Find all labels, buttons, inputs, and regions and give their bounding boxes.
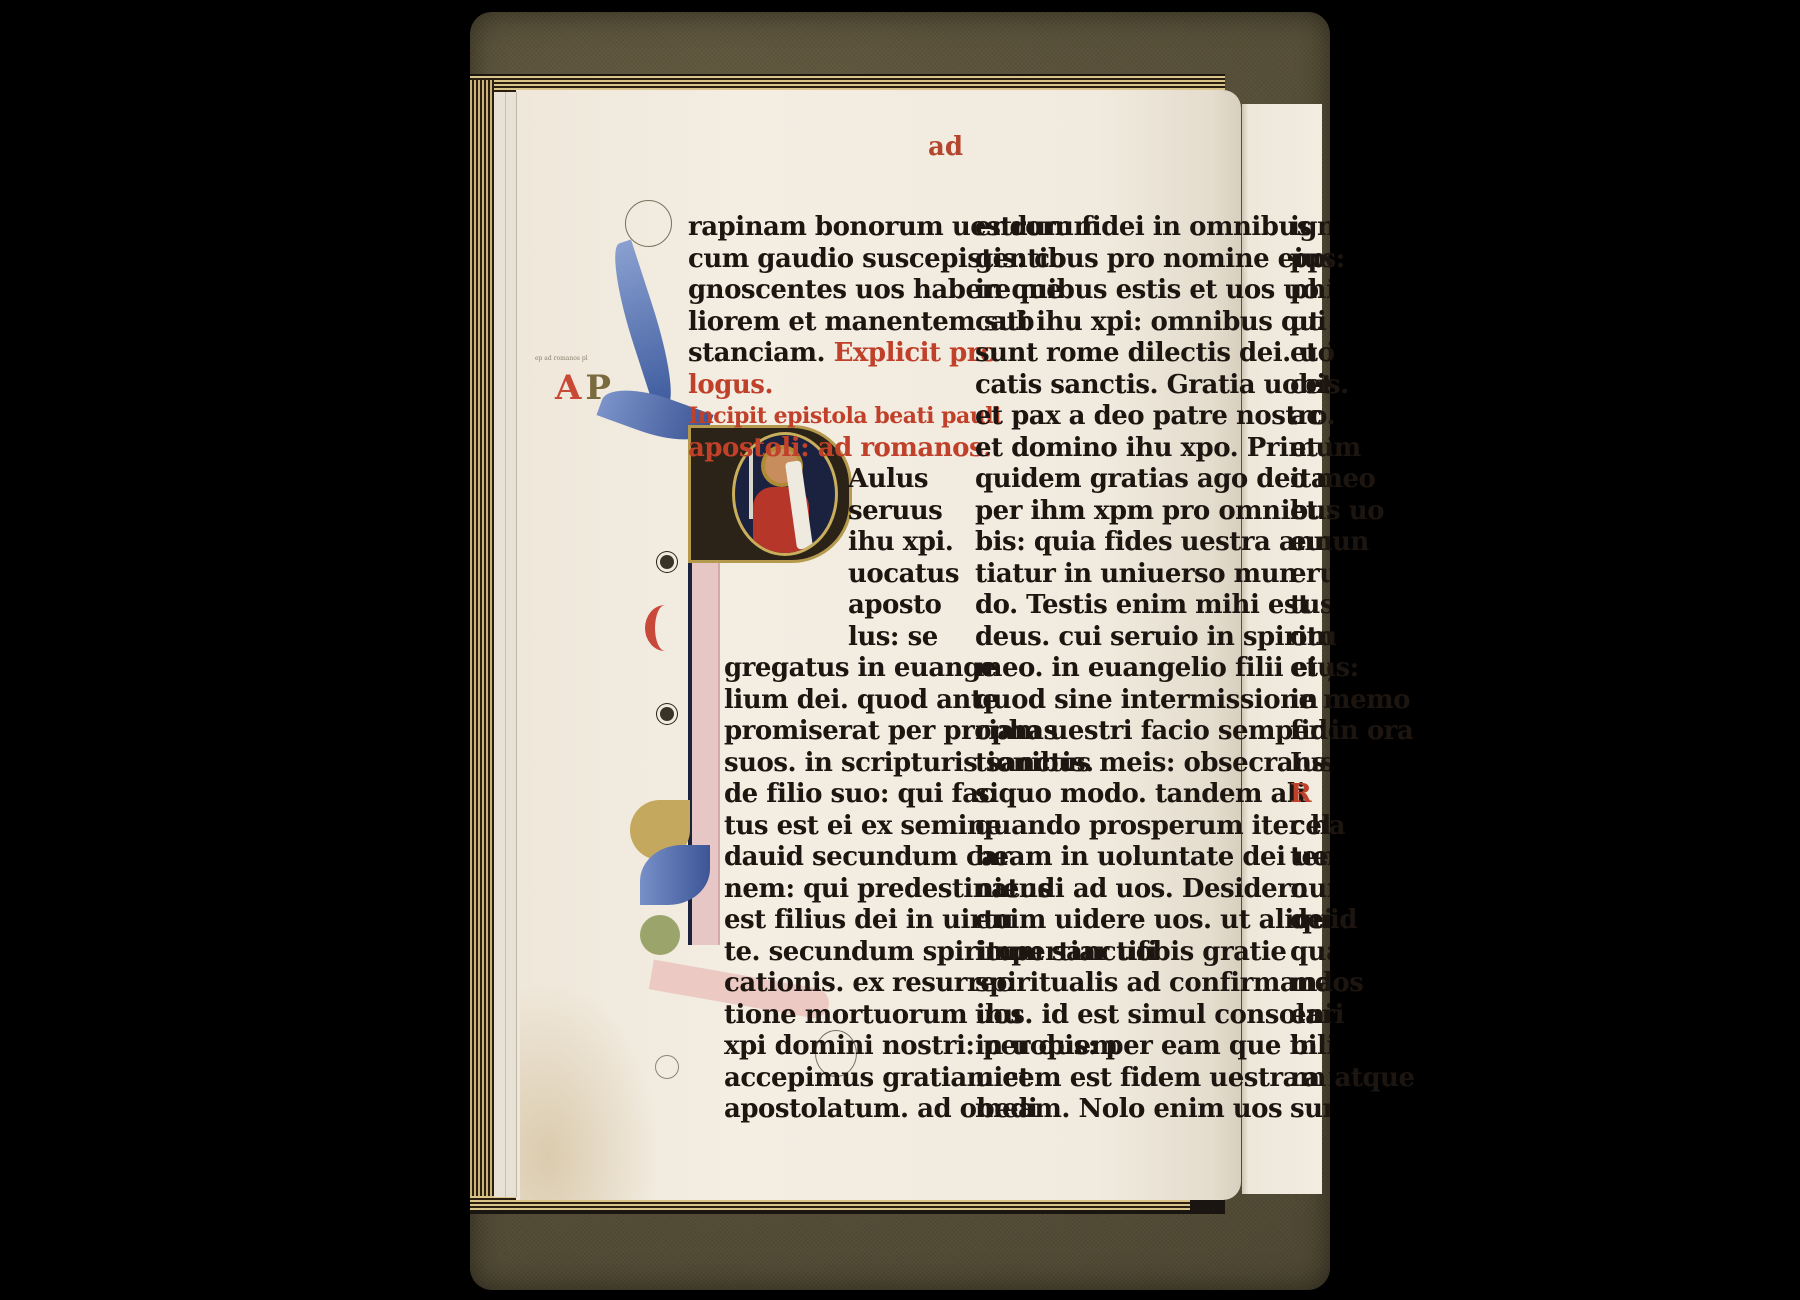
- text-line: igni: [1290, 212, 1330, 244]
- text-line: man: [1290, 968, 1330, 1000]
- water-stain: [520, 980, 660, 1200]
- text-line: fidei: [1290, 716, 1330, 748]
- text-line: ita: [1290, 464, 1330, 496]
- text-line: quando prosperum iter ha: [975, 811, 1414, 843]
- text-line: ra m: [1290, 1063, 1330, 1095]
- flyleaf-edge: [505, 92, 516, 1197]
- text-line: dei i: [1290, 905, 1330, 937]
- gold-bezant-icon: [660, 707, 674, 721]
- text-line: do. Testis enim mihi est: [975, 590, 1414, 622]
- text-line: impertiar uobis gratie: [975, 937, 1414, 969]
- text-line: bilia: [1290, 1031, 1330, 1063]
- text-line: et i: [1290, 433, 1330, 465]
- text-line: erub: [1290, 559, 1330, 591]
- text-line: et pax a deo patre nostro.: [975, 401, 1414, 433]
- text-line: Iust: [1290, 748, 1330, 780]
- text-line: sunt i: [1290, 1094, 1330, 1126]
- text-line: siquo modo. tandem ali: [975, 779, 1414, 811]
- text-column-c-partial: igni ppo phi ut a et i cete ac b et i it…: [1290, 212, 1330, 1126]
- text-line: phi: [1290, 275, 1330, 307]
- running-head: ad: [928, 132, 963, 162]
- text-line: uicem est fidem uestram atque: [975, 1063, 1414, 1095]
- text-line: tus: [1290, 590, 1330, 622]
- text-line: ppo: [1290, 244, 1330, 276]
- text-line: gentibus pro nomine eius:: [975, 244, 1414, 276]
- rubric-explicit: Explicit pro: [834, 338, 997, 368]
- text-line: tem.: [1290, 842, 1330, 874]
- text-line: num: [1290, 874, 1330, 906]
- crescent-ornament-icon: [645, 605, 685, 651]
- text-line: enim uidere uos. ut aliquid: [975, 905, 1414, 937]
- text-line: in uobis: per eam que in: [975, 1031, 1414, 1063]
- text-line: tionibus meis: obsecrans: [975, 748, 1414, 780]
- text-line: beam in uoluntate dei ue: [975, 842, 1414, 874]
- decorated-initial-r: R: [1290, 779, 1330, 811]
- text-line: in quibus estis et uos uo: [975, 275, 1414, 307]
- text-line: eua: [1290, 527, 1330, 559]
- gold-bezant-icon: [660, 555, 674, 569]
- text-line: uos. id est simul consolari: [975, 1000, 1414, 1032]
- text-line: qua: [1290, 937, 1330, 969]
- text-line: niendi ad uos. Desidero: [975, 874, 1414, 906]
- text-line: sunt rome dilectis dei. uo: [975, 338, 1414, 370]
- text-line: et g: [1290, 653, 1330, 685]
- text-line: bis: quia fides uestra annun: [975, 527, 1414, 559]
- text-line: ac b: [1290, 401, 1330, 433]
- text-line: endum fidei in omnibus: [975, 212, 1414, 244]
- margin-note: ep ad romanos pl: [535, 355, 588, 362]
- gilt-edge-left: [470, 80, 494, 1205]
- text-line: deus. cui seruio in spiritu: [975, 622, 1414, 654]
- text-line: catis sanctis. Gratia uobis.: [975, 370, 1414, 402]
- text-column-b: endum fidei in omnibus gentibus pro nomi…: [975, 212, 1414, 1126]
- text-line: spiritualis ad confirmandos: [975, 968, 1414, 1000]
- text-line: celo: [1290, 811, 1330, 843]
- text-line: ut a: [1290, 307, 1330, 339]
- text-line: cati ihu xpi: omnibus qui: [975, 307, 1414, 339]
- text-line: quidem gratias ago deo meo: [975, 464, 1414, 496]
- text-line: riam uestri facio semper in ora: [975, 716, 1414, 748]
- text-line: meam. Nolo enim uos: [975, 1094, 1414, 1126]
- text-line: per ihm xpm pro omnibus uo: [975, 496, 1414, 528]
- text-line: et i: [1290, 338, 1330, 370]
- green-boss-icon: [640, 915, 680, 955]
- text-line: quod sine intermissione memo: [975, 685, 1414, 717]
- text-line: meo. in euangelio filii eius:: [975, 653, 1414, 685]
- text-line: et u: [1290, 496, 1330, 528]
- text-line: omi: [1290, 622, 1330, 654]
- text-line: tiatur in uniuerso mun: [975, 559, 1414, 591]
- text-line: et domino ihu xpo. Primum: [975, 433, 1414, 465]
- margin-letter-a: A: [555, 368, 581, 408]
- text-line: cete: [1290, 370, 1330, 402]
- text-line: in e: [1290, 685, 1330, 717]
- pen-flourish-top-icon: [625, 200, 672, 247]
- text-line: eni i: [1290, 1000, 1330, 1032]
- library-stamp-icon: [655, 1055, 679, 1079]
- text-line: stanciam.: [688, 338, 825, 368]
